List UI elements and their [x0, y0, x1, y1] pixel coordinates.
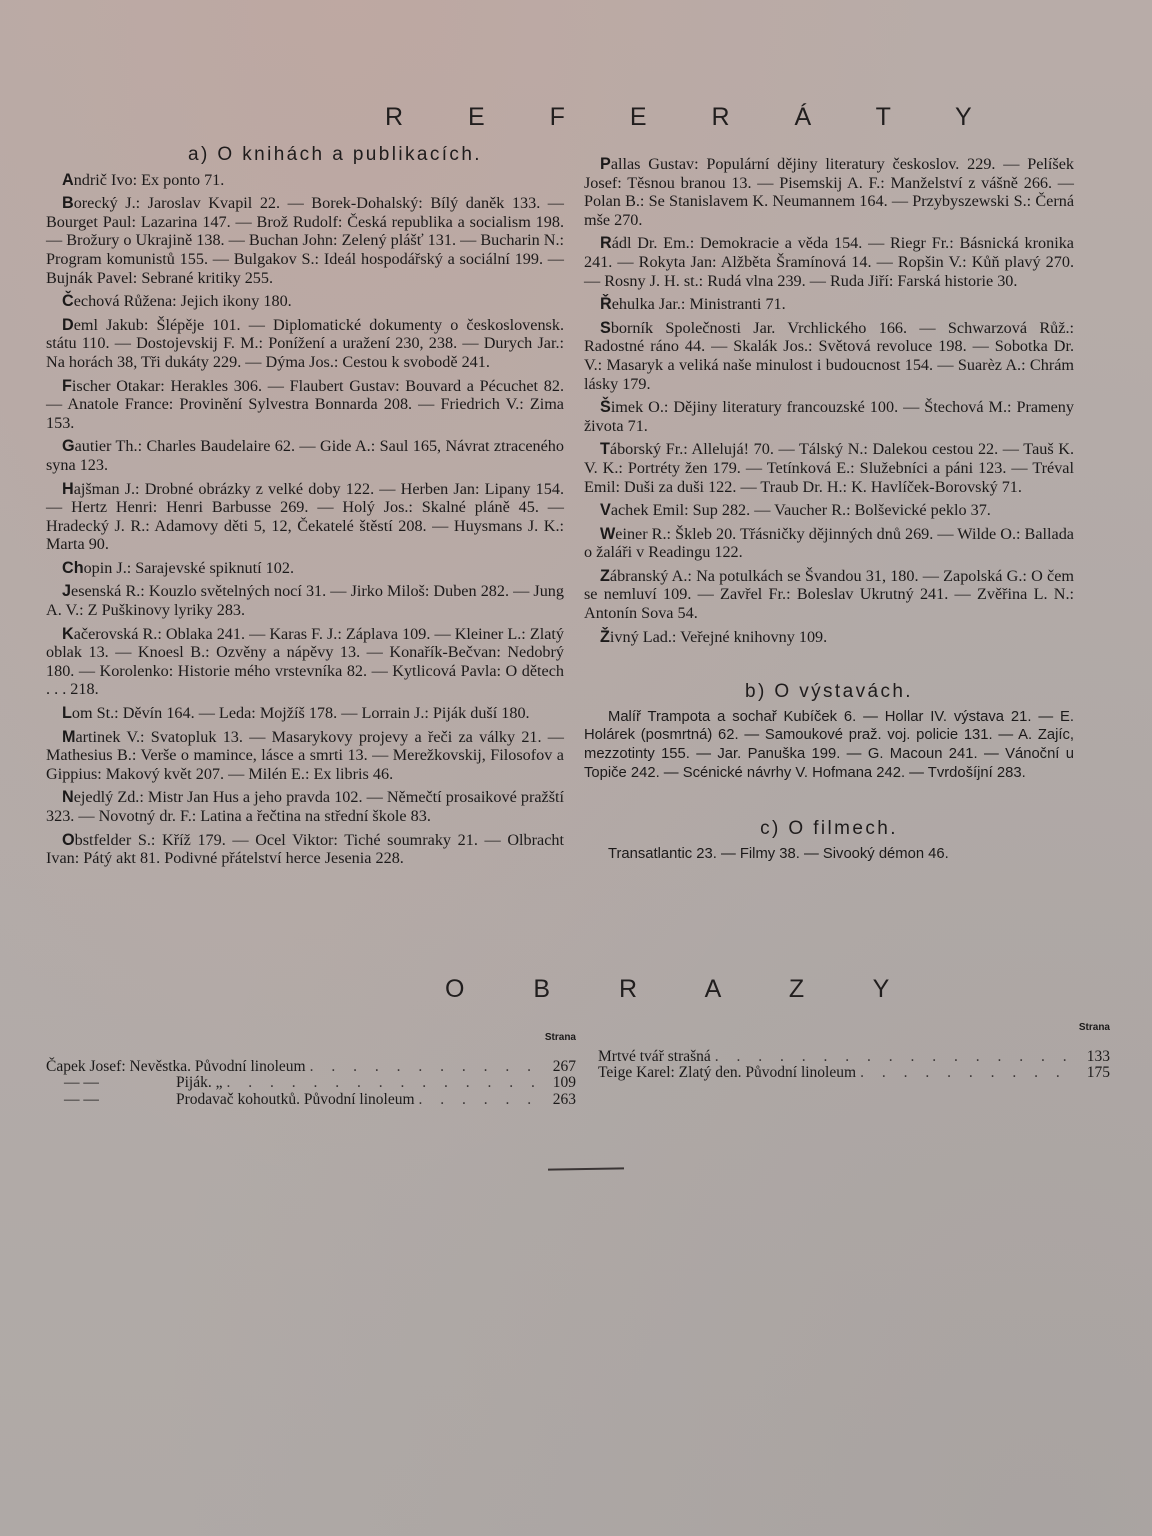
image-row: Teige Karel: Zlatý den. Původní linoleum…: [598, 1065, 1110, 1082]
entry-l: Lom St.: Děvín 164. — Leda: Mojžíš 178. …: [46, 704, 564, 723]
entry-k: Kačerovská R.: Oblaka 241. — Karas F. J.…: [46, 625, 564, 699]
referaty-left-column: a) O knihách a publikacích. Andrič Ivo: …: [46, 146, 564, 873]
films-text: Transatlantic 23. — Filmy 38. — Sivooký …: [584, 845, 1074, 864]
entry-w: Weiner R.: Škleb 20. Třásničky dějinných…: [584, 525, 1074, 562]
image-row: — —Prodavač kohoutků. Původní linoleum .…: [46, 1092, 576, 1109]
entry-o: Obstfelder S.: Kříž 179. — Ocel Viktor: …: [46, 831, 564, 868]
referaty-right-column: Pallas Gustav: Populární dějiny literatu…: [584, 155, 1074, 868]
entry-s: Sborník Společnosti Jar. Vrchlického 166…: [584, 319, 1074, 393]
image-row: Čapek Josef: Nevěstka. Původní linoleum …: [46, 1059, 576, 1076]
entry-b: Borecký J.: Jaroslav Kvapil 22. — Borek-…: [46, 194, 564, 287]
closing-rule-divider: [548, 1167, 624, 1170]
entry-j: Jesenská R.: Kouzlo světelných nocí 31. …: [46, 582, 564, 619]
entry-ch: Chopin J.: Sarajevské spiknutí 102.: [46, 559, 564, 578]
entry-f: Fischer Otakar: Herakles 306. — Flaubert…: [46, 377, 564, 433]
entry-v: Vachek Emil: Sup 282. — Vaucher R.: Bolš…: [584, 501, 1074, 520]
entry-r-caron: Řehulka Jar.: Ministranti 71.: [584, 295, 1074, 314]
entry-n: Nejedlý Zd.: Mistr Jan Hus a jeho pravda…: [46, 788, 564, 825]
entry-a: Andrič Ivo: Ex ponto 71.: [46, 171, 564, 190]
entry-d: Deml Jakub: Šlépěje 101. — Diplomatické …: [46, 316, 564, 372]
image-row: — —Piják. „ . . . . . . . . . . . . . . …: [46, 1075, 576, 1092]
entry-t: Táborský Fr.: Allelujá! 70. — Tálský N.:…: [584, 440, 1074, 496]
entry-h: Hajšman J.: Drobné obrázky z velké doby …: [46, 480, 564, 554]
page-title: R E F E R Á T Y: [385, 103, 1001, 132]
section-heading-exhibitions: b) O výstavách.: [584, 683, 1074, 702]
entry-p: Pallas Gustav: Populární dějiny literatu…: [584, 155, 1074, 229]
images-list-right: Strana Mrtvé tvář strašná . . . . . . . …: [598, 1020, 1110, 1082]
image-row: Mrtvé tvář strašná . . . . . . . . . . .…: [598, 1049, 1110, 1066]
images-title: O B R A Z Y: [445, 975, 920, 1004]
page-column-header: Strana: [598, 1020, 1110, 1037]
entry-z: Zábranský A.: Na potulkách se Švandou 31…: [584, 567, 1074, 623]
images-list-left: Strana Čapek Josef: Nevěstka. Původní li…: [46, 1030, 576, 1108]
entry-s-caron: Šimek O.: Dějiny literatury francouzské …: [584, 398, 1074, 435]
entry-z-caron: Živný Lad.: Veřejné knihovny 109.: [584, 628, 1074, 647]
document-page: R E F E R Á T Y a) O knihách a publikací…: [0, 0, 1152, 1536]
section-heading-books: a) O knihách a publikacích.: [106, 146, 564, 165]
entry-g: Gautier Th.: Charles Baudelaire 62. — Gi…: [46, 437, 564, 474]
entry-c-caron: Čechová Růžena: Jejich ikony 180.: [46, 292, 564, 311]
entry-m: Martinek V.: Svatopluk 13. — Masarykovy …: [46, 728, 564, 784]
page-column-header: Strana: [46, 1030, 576, 1047]
exhibitions-text: Malíř Trampota a sochař Kubíček 6. — Hol…: [584, 708, 1074, 782]
entry-r: Rádl Dr. Em.: Demokracie a věda 154. — R…: [584, 234, 1074, 290]
section-heading-films: c) O filmech.: [584, 820, 1074, 839]
